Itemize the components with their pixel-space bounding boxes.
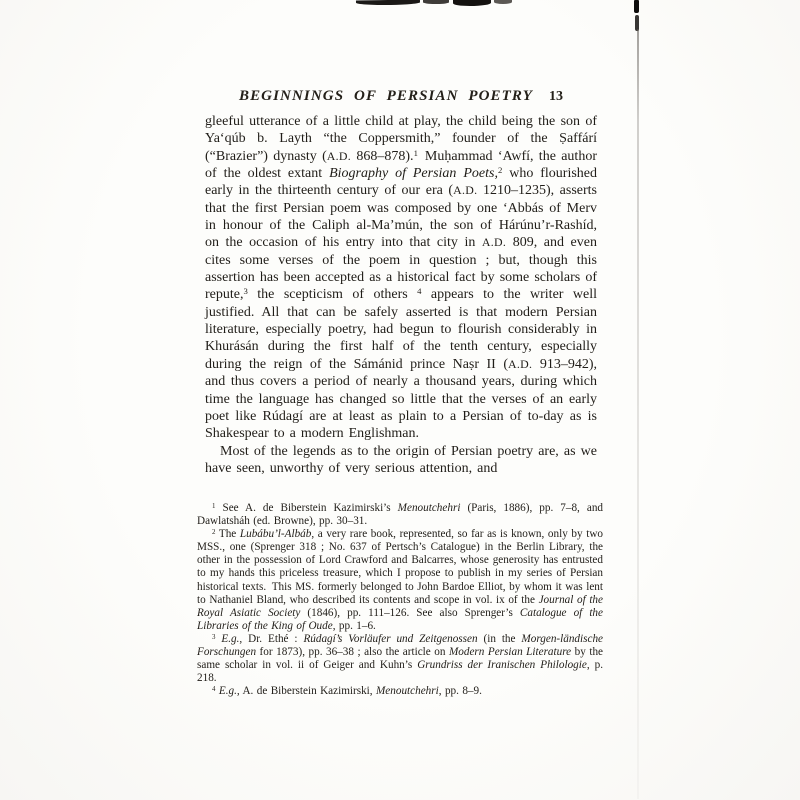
body-text: gleeful utterance of a little child at p… [205, 113, 597, 477]
running-header: BEGINNINGS OF PERSIAN POETRY13 [205, 87, 597, 105]
text-segment: A.D. [327, 149, 351, 163]
page-number: 13 [549, 89, 563, 104]
scan-artifact-page-edge-line [637, 29, 639, 799]
text-segment: A. de Biberstein Kazimirski, [240, 685, 376, 697]
scan-artifact-top-smudge [356, 0, 420, 5]
scan-artifact-top-smudge [423, 0, 449, 4]
text-segment: Rúdagí’s Vorläufer und Zeitgenossen [303, 633, 477, 645]
text-segment: A.D. [482, 235, 506, 249]
scan-artifact-top-smudge [453, 0, 491, 6]
text-segment: E.g., [215, 633, 242, 645]
text-segment: the scepticism of others [248, 287, 417, 302]
text-segment: (in the [478, 633, 522, 645]
text-segment: Most of the legends as to the origin of … [205, 444, 597, 476]
paragraph: Most of the legends as to the origin of … [205, 443, 597, 478]
text-segment: A.D. [508, 357, 532, 371]
page-title: BEGINNINGS OF PERSIAN POETRY [239, 88, 533, 104]
text-segment: for 1873), pp. 36–38 ; also the article … [256, 646, 449, 658]
text-segment: See A. de Biberstein Kazimirski’s [215, 502, 397, 514]
book-page-scan: BEGINNINGS OF PERSIAN POETRY13 gleeful u… [0, 0, 800, 800]
scan-artifact-edge-mark [634, 0, 639, 13]
text-segment: 868–878). [351, 149, 413, 164]
text-segment: The [215, 528, 239, 540]
text-segment: Dr. Ethé : [242, 633, 303, 645]
text-segment: Modern Persian Literature [449, 646, 571, 658]
footnote: 3 E.g., Dr. Ethé : Rúdagí’s Vorläufer un… [197, 633, 603, 685]
text-segment: Grundriss der Iranischen Philologie [417, 659, 587, 671]
text-segment: E.g., [215, 685, 239, 697]
text-segment: Menoutchehri [398, 502, 461, 514]
text-segment: , pp. 1–6. [333, 620, 376, 632]
scan-artifact-top-smudge [494, 0, 512, 4]
footnote: 2 The Lubábu’l-Albáb, a very rare book, … [197, 528, 603, 633]
footnote: 4 E.g., A. de Biberstein Kazimirski, Men… [197, 685, 603, 698]
text-segment: (1846), pp. 111–126. See also Sprenger’s [300, 607, 520, 619]
paragraph: gleeful utterance of a little child at p… [205, 113, 597, 443]
text-segment: A.D. [453, 183, 477, 197]
text-segment: Biography of Persian Poets, [329, 166, 498, 181]
text-segment: , pp. 8–9. [439, 685, 482, 697]
text-segment: Lubábu’l-Albáb [240, 528, 311, 540]
footnote: 1 See A. de Biberstein Kazimirski’s Meno… [197, 502, 603, 528]
text-segment: Menoutchehri [376, 685, 439, 697]
footnotes: 1 See A. de Biberstein Kazimirski’s Meno… [197, 502, 603, 698]
